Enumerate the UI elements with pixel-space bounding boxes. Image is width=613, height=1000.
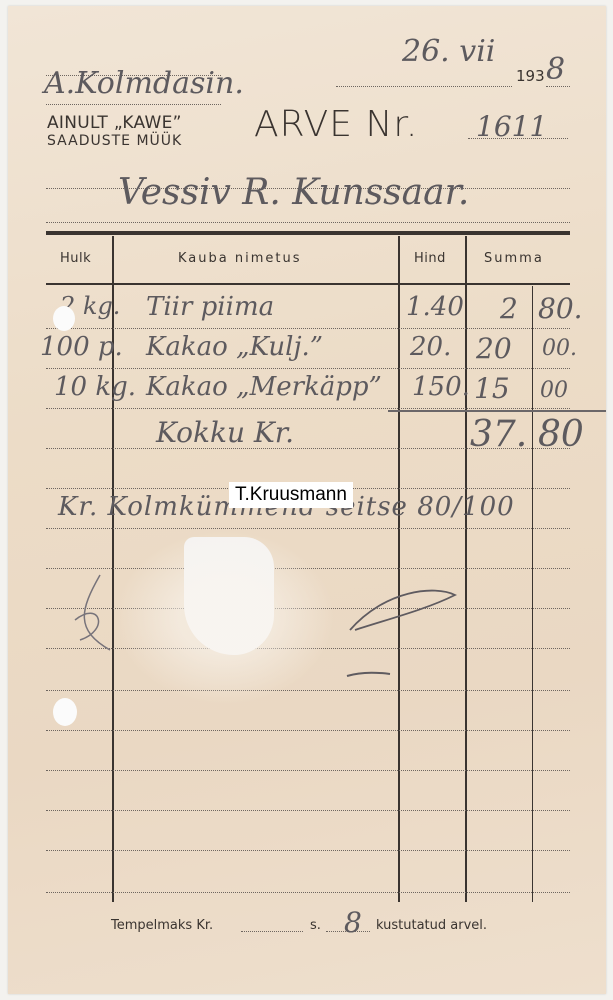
row-item: Tiir piima bbox=[146, 292, 274, 322]
punch-hole-bottom bbox=[53, 698, 77, 726]
year-prefix: 193 bbox=[516, 67, 545, 85]
total-label: Kokku Kr. bbox=[156, 416, 294, 449]
year-suffix: 8 bbox=[546, 52, 565, 87]
row-qty: 10 kg. bbox=[54, 372, 136, 402]
total-s: 80 bbox=[538, 414, 584, 455]
seller-name-line1: AINULT „KAWE” bbox=[47, 113, 182, 133]
row-sum-s: 00 bbox=[540, 378, 568, 403]
signature-line-bottom bbox=[46, 104, 221, 105]
row-sum-kr: 2 bbox=[500, 292, 518, 325]
year-line bbox=[546, 86, 570, 87]
footer-tax-label: Tempelmaks Kr. bbox=[111, 918, 213, 933]
pencil-dash bbox=[345, 668, 395, 682]
row-sum-s: 80. bbox=[538, 292, 583, 325]
column-divider-summa bbox=[465, 236, 467, 902]
name-overlay-label: T.Kruusmann bbox=[229, 482, 353, 508]
header-kauba-nimetus: Kauba nimetus bbox=[178, 251, 301, 266]
row-price: 150. bbox=[412, 372, 470, 402]
row-sum-s: 00. bbox=[542, 336, 577, 361]
row-sum-kr: 15 bbox=[474, 372, 510, 405]
header-hulk: Hulk bbox=[60, 251, 91, 266]
row-item: Kakao „Merkäpp” bbox=[146, 372, 382, 402]
row-qty: 100 p. bbox=[40, 332, 123, 362]
footer-s-label: s. bbox=[310, 918, 321, 933]
stain bbox=[115, 530, 335, 705]
invoice-date: 26. vii bbox=[402, 34, 495, 69]
row-price: 20. bbox=[410, 332, 451, 362]
date-line bbox=[336, 86, 512, 87]
punch-hole-top bbox=[53, 306, 75, 331]
number-line bbox=[468, 138, 568, 139]
total-kr: 37. bbox=[470, 414, 527, 455]
footer-suffix: kustutatud arvel. bbox=[376, 918, 487, 933]
table-header-rule bbox=[46, 283, 570, 285]
seller-signature: A.Kolmdasin. bbox=[44, 66, 244, 101]
buyer-name: Vessiv R. Kunssaar. bbox=[118, 172, 469, 213]
row-price: 1.40 bbox=[406, 292, 464, 322]
row-sum-kr: 20 bbox=[476, 332, 512, 365]
column-divider-hind bbox=[398, 236, 400, 902]
header-hind: Hind bbox=[414, 251, 446, 266]
pencil-mark-left bbox=[70, 570, 130, 660]
invoice-title: ARVE Nr. bbox=[254, 104, 418, 145]
footer-kr-line bbox=[241, 931, 303, 932]
pencil-mark-right bbox=[345, 580, 460, 640]
seller-name-line2: SAADUSTE MÜÜK bbox=[47, 133, 182, 149]
row-item: Kakao „Kulj.” bbox=[146, 332, 323, 362]
sum-underline bbox=[388, 410, 606, 412]
buyer-line-bottom bbox=[46, 222, 570, 223]
footer-stamp-value: 8 bbox=[344, 906, 362, 939]
header-summa: Summa bbox=[484, 251, 544, 266]
table-top-rule bbox=[46, 231, 570, 235]
